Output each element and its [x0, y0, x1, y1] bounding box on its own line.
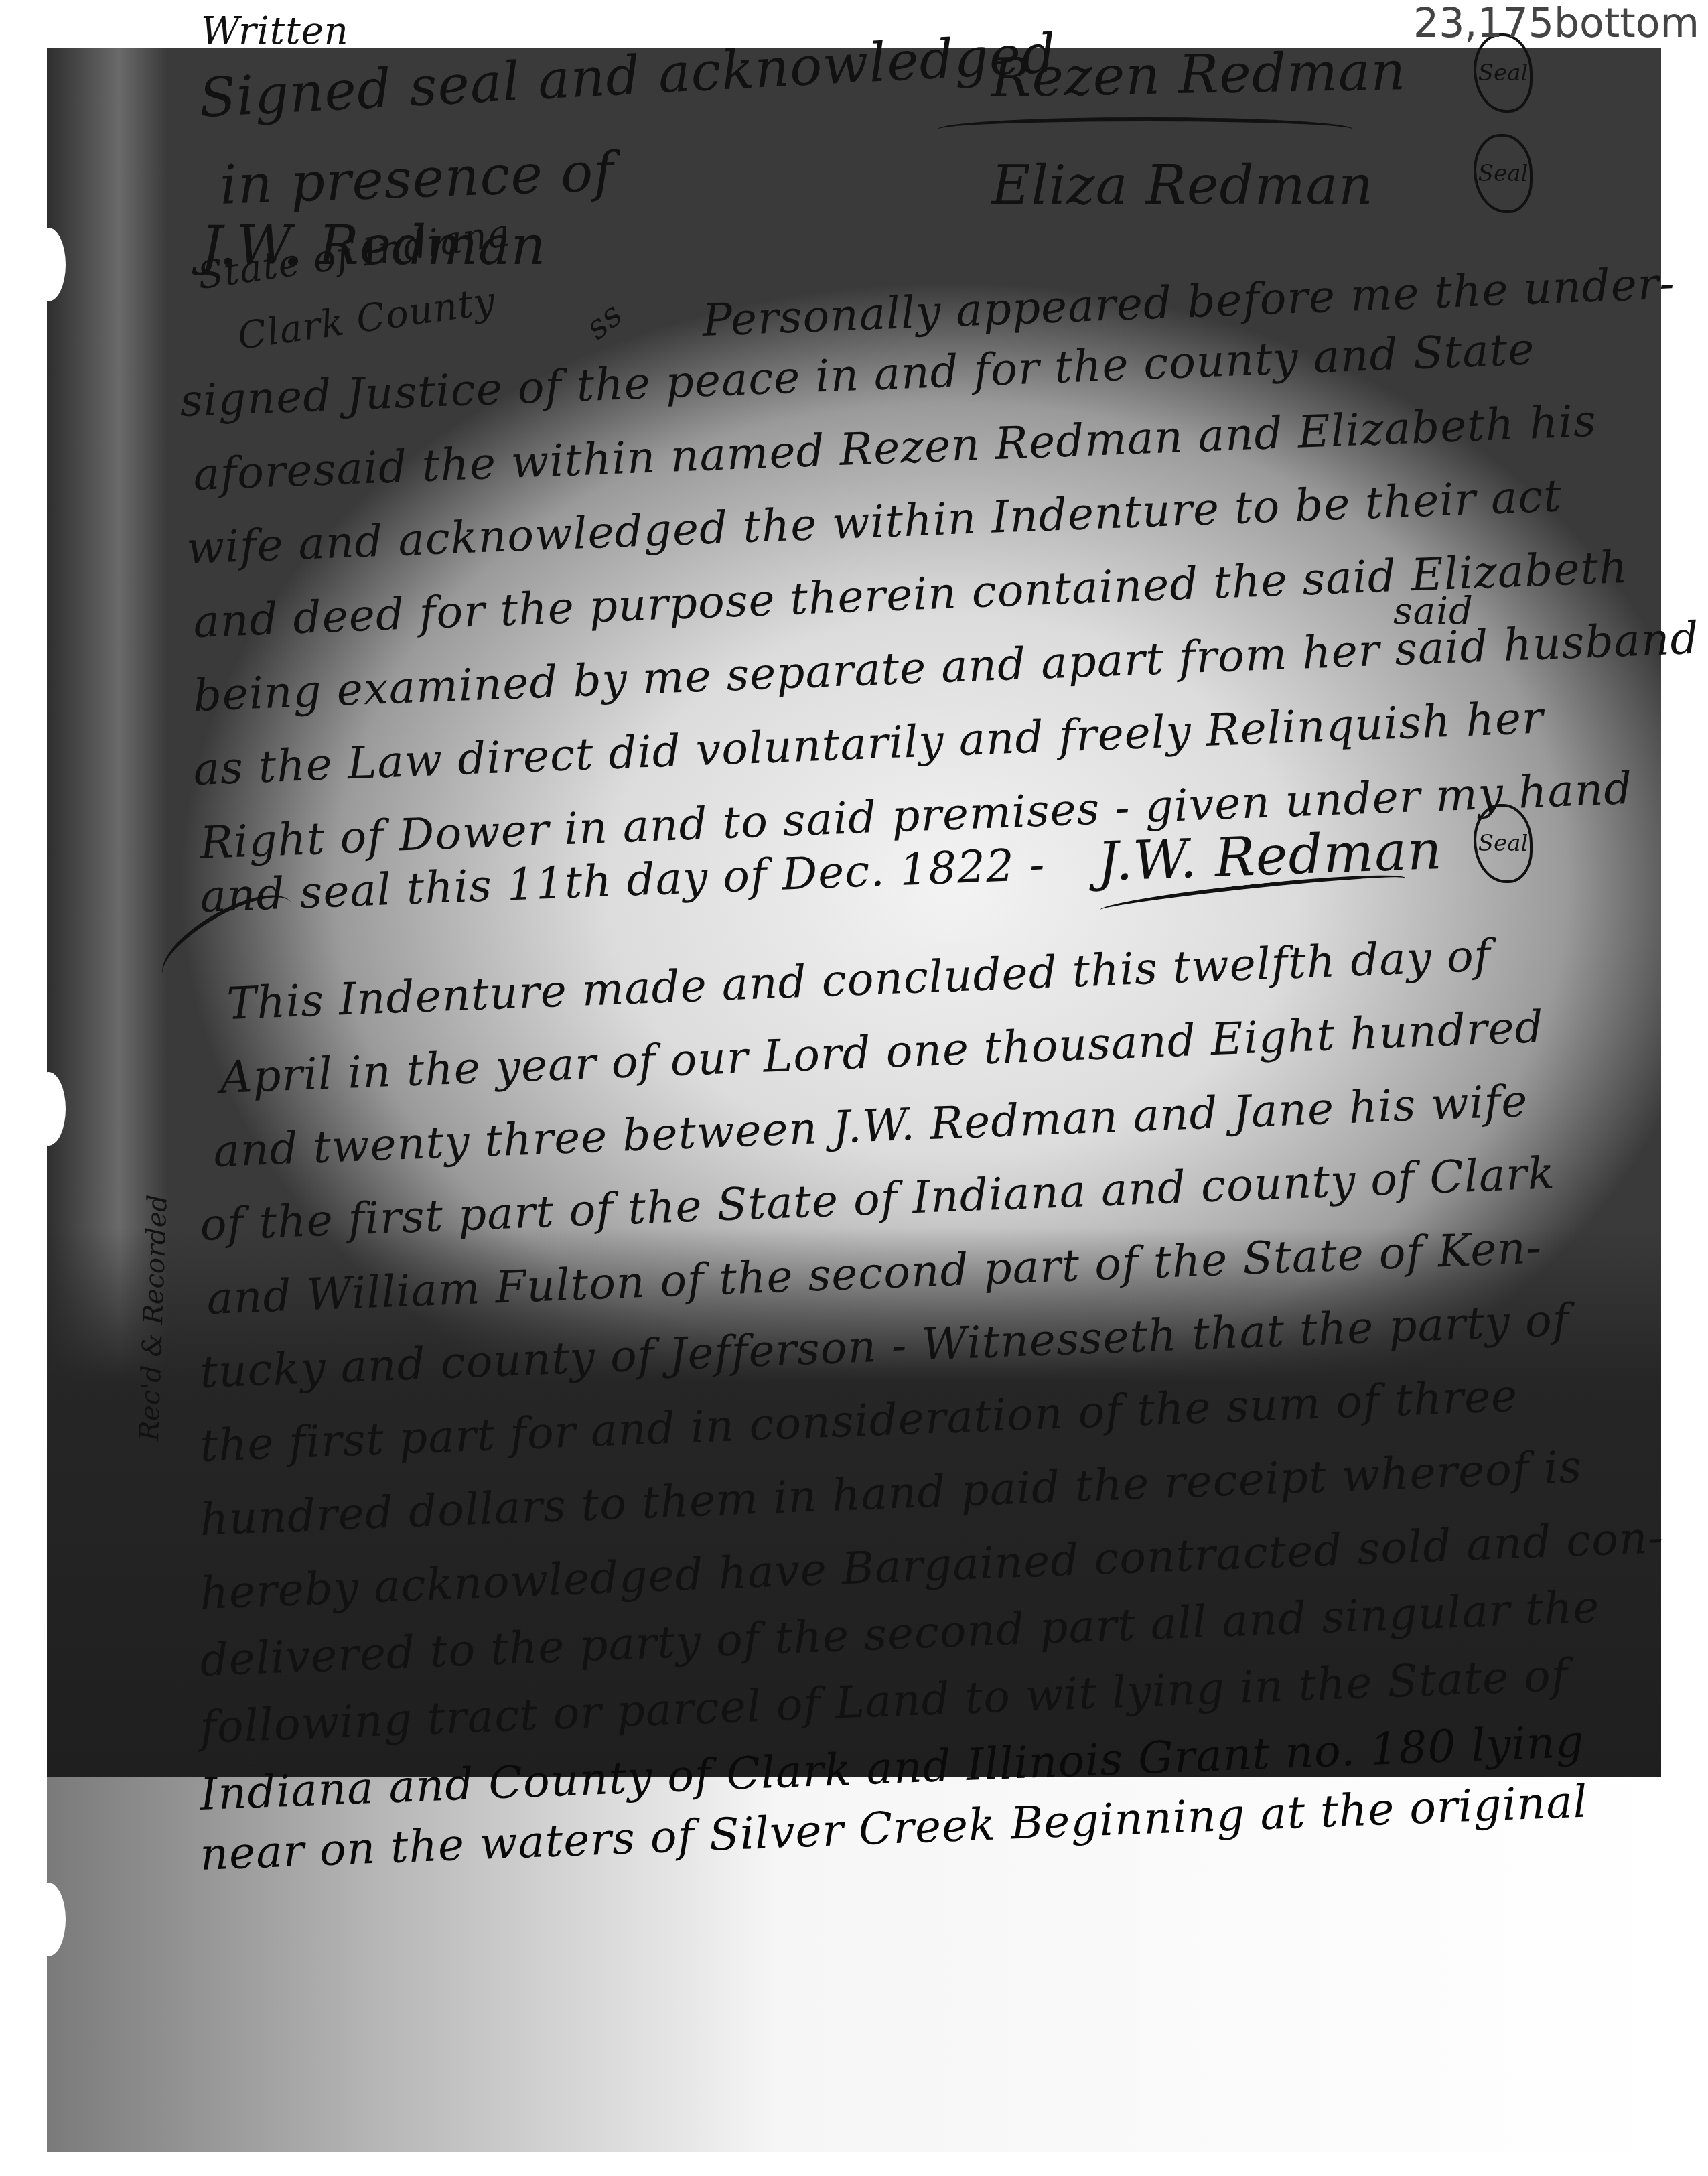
- punch-hole-middle: [31, 1072, 66, 1146]
- punch-hole-bottom: [31, 1883, 66, 1956]
- punch-hole-top: [31, 228, 66, 301]
- top-fragment: Written: [201, 9, 349, 53]
- signature-eliza-redman: Eliza Redman: [991, 154, 1374, 216]
- archive-position: bottom: [1554, 0, 1699, 47]
- signature-flourish: [938, 117, 1353, 141]
- signature-rezen-redman: Rezen Redman: [990, 40, 1406, 109]
- archive-number: 23,175: [1413, 0, 1554, 47]
